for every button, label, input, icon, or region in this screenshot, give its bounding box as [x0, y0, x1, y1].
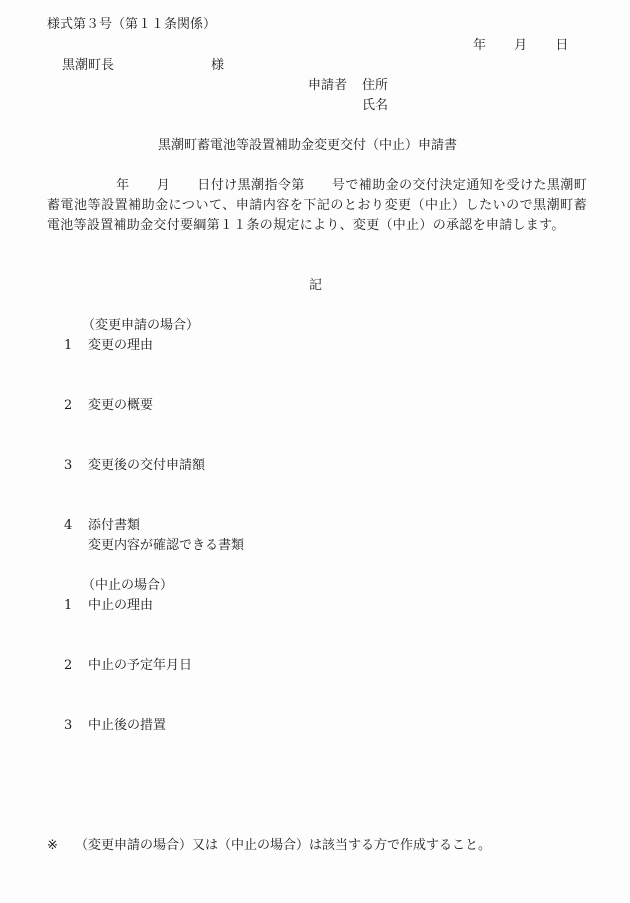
body-month: 月: [157, 178, 171, 193]
ki-heading: 記: [309, 276, 322, 296]
form-number: 様式第３号（第１１条関係）: [47, 15, 216, 35]
change-section-heading: （変更申請の場合）: [82, 316, 199, 336]
honorific: 様: [211, 56, 224, 76]
footnote-mark: ※: [47, 838, 58, 853]
address-label: 住所: [362, 76, 388, 96]
date-day: 日: [555, 38, 568, 53]
change-item-3: 3変更後の交付申請額: [64, 456, 72, 476]
body-year: 年: [116, 178, 130, 193]
cancel-section-heading: （中止の場合）: [82, 576, 173, 596]
date-month: 月: [514, 38, 527, 53]
footnote-text: （変更申請の場合）又は（中止の場合）は該当する方で作成すること。: [75, 836, 491, 856]
document-title: 黒潮町蓄電池等設置補助金変更交付（中止）申請書: [158, 136, 457, 156]
body-day-text: 日付け黒潮指令第: [197, 178, 305, 193]
addressee: 黒潮町長: [62, 56, 114, 76]
name-label: 氏名: [362, 96, 388, 116]
cancel-item-1: 1中止の理由: [64, 596, 72, 616]
footnote: ※（変更申請の場合）又は（中止の場合）は該当する方で作成すること。: [47, 836, 58, 856]
applicant-label: 申請者: [308, 76, 347, 96]
change-item-1: 1変更の理由: [64, 336, 72, 356]
change-item-4: 4添付書類: [64, 516, 72, 536]
cancel-item-2: 2中止の予定年月日: [64, 656, 72, 676]
cancel-item-3: 3中止後の措置: [64, 716, 72, 736]
change-item-4-sub: 変更内容が確認できる書類: [88, 536, 244, 556]
date-line: 年 月 日: [473, 36, 568, 56]
date-year: 年: [473, 38, 486, 53]
body-paragraph: 年月日付け黒潮指令第号で補助金の交付決定通知を受けた黒潮町蓄電池等設置補助金につ…: [47, 176, 587, 236]
change-item-2: 2変更の概要: [64, 396, 72, 416]
